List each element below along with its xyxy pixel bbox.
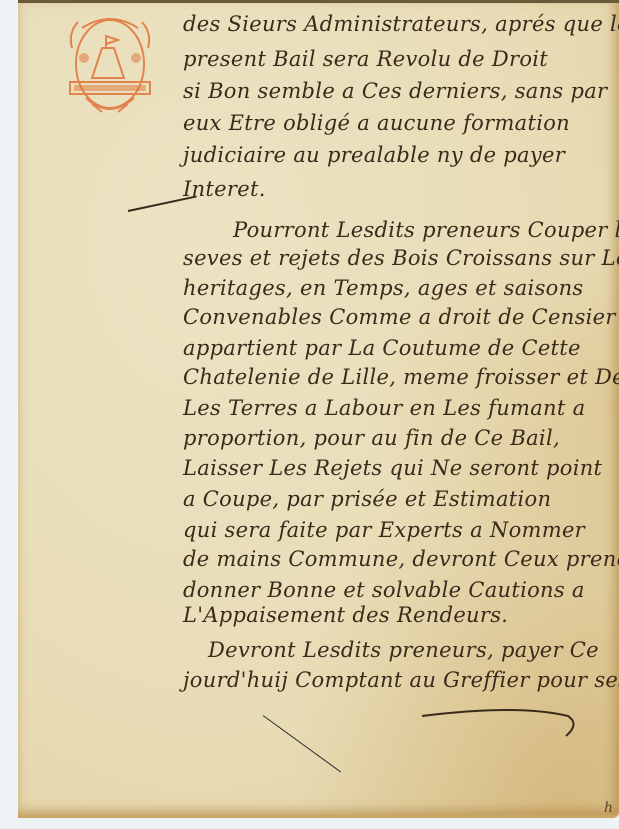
manuscript-line: seves et rejets des Bois Croissans sur L… — [183, 246, 619, 270]
manuscript-line: Interet. — [183, 177, 266, 201]
manuscript-line: des Sieurs Administrateurs, aprés que le — [183, 12, 619, 36]
manuscript-line: si Bon semble a Ces derniers, sans par — [183, 79, 607, 103]
manuscript-line: judiciaire au prealable ny de payer — [183, 143, 565, 167]
manuscript-line: Chatelenie de Lille, meme froisser et De… — [183, 365, 619, 389]
fiscal-stamp-icon — [62, 8, 158, 126]
manuscript-line: L'Appaisement des Rendeurs. — [183, 603, 508, 627]
manuscript-line: eux Etre obligé a aucune formation — [183, 111, 570, 135]
manuscript-line: Convenables Comme a droit de Censier — [183, 305, 616, 329]
flourish-stroke — [128, 195, 197, 211]
page-top-edge — [18, 0, 619, 3]
manuscript-line: qui sera faite par Experts a Nommer — [183, 518, 585, 542]
manuscript-line: Les Terres a Labour en Les fumant a — [183, 396, 585, 420]
manuscript-line: Devront Lesdits preneurs, payer Ce — [208, 638, 599, 662]
manuscript-line: a Coupe, par prisée et Estimation — [183, 487, 551, 511]
folio-mark: h — [604, 800, 613, 816]
manuscript-page: des Sieurs Administrateurs, aprés que le… — [18, 0, 619, 818]
manuscript-line: jourd'huij Comptant au Greffier pour ses — [183, 668, 619, 692]
closing-flourish-icon — [418, 700, 578, 750]
manuscript-line: de mains Commune, devront Ceux preneurs — [183, 547, 619, 571]
manuscript-line: present Bail sera Revolu de Droit — [183, 47, 548, 71]
diagonal-pen-stroke — [263, 715, 341, 772]
manuscript-line: proportion, pour au fin de Ce Bail, — [183, 426, 560, 450]
manuscript-line: donner Bonne et solvable Cautions a — [183, 578, 585, 602]
manuscript-line: appartient par La Coutume de Cette — [183, 336, 581, 360]
manuscript-line: Pourront Lesdits preneurs Couper les — [233, 218, 619, 242]
manuscript-line: heritages, en Temps, ages et saisons — [183, 276, 584, 300]
manuscript-line: Laisser Les Rejets qui Ne seront point — [183, 456, 602, 480]
